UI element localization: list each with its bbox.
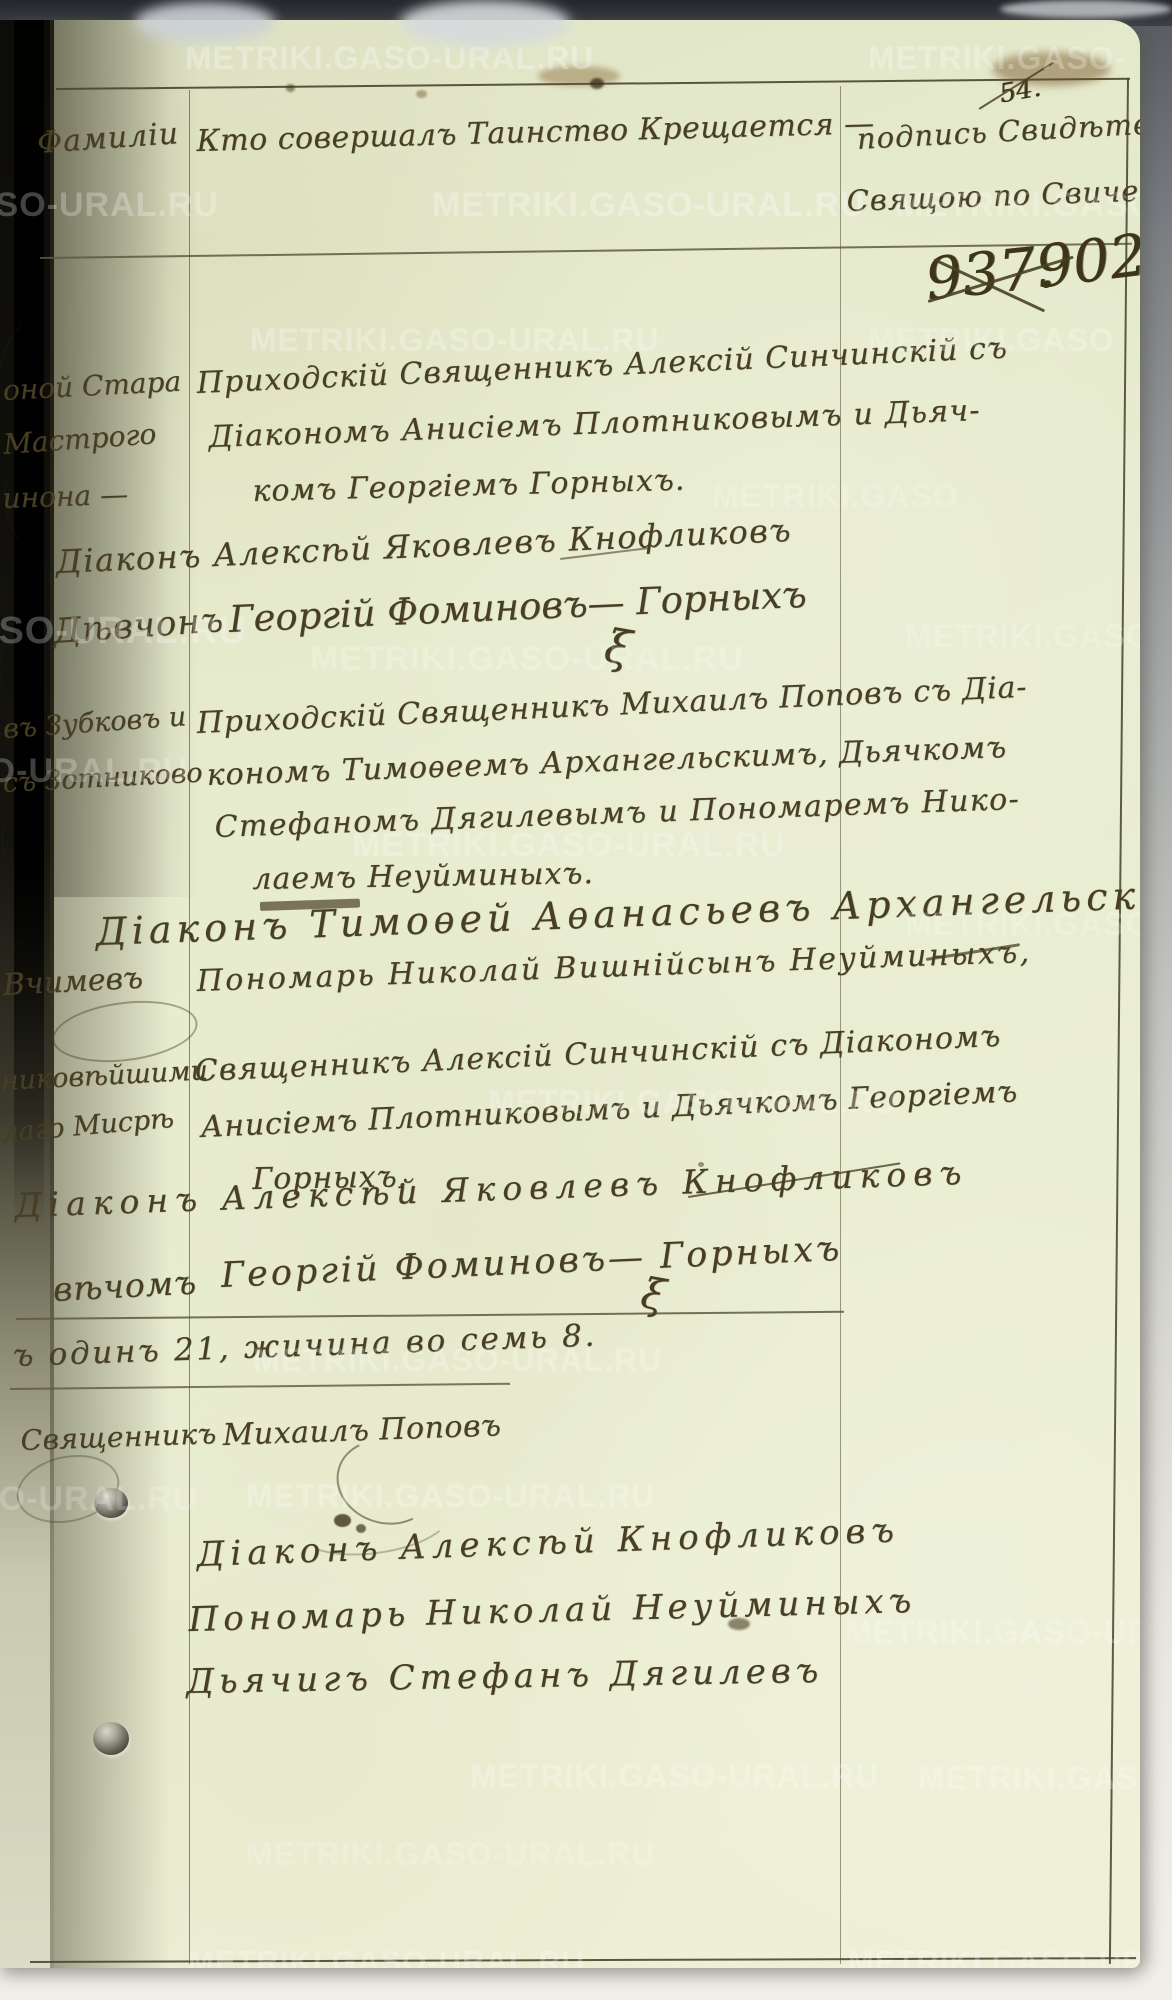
archive-watermark: METRIKI.GASO-URAL.RU — [253, 1342, 662, 1379]
archive-watermark: METRIKI.GASO-URAL.RU — [845, 1614, 1140, 1651]
archive-watermark: ASO-URAL.RU — [0, 186, 219, 225]
archive-watermark: METRIKI.GASO-URAL.RU — [250, 322, 659, 359]
archive-watermark: METRIKI.GASO-URAL.RU — [488, 1084, 897, 1121]
archive-watermark: METRIKI.GASO- — [905, 906, 1140, 943]
archive-watermark: METRIKI.GASO — [868, 322, 1115, 359]
glare-top-2 — [400, 0, 570, 46]
archive-watermark: SO-URAL.RU — [0, 1480, 198, 1519]
archive-watermark: METRIKI.GASO- — [868, 40, 1126, 77]
glare-top-right — [1000, 0, 1172, 18]
archive-watermark: METRIKI.GASO-URAL.RU — [848, 1944, 1140, 1968]
archive-watermark: METRIKI.GASO — [712, 478, 959, 515]
archive-watermark: ASO-URAL.RU — [0, 610, 247, 653]
page: Фамиліи Кто совершалъ Таинство Крещается… — [0, 20, 1140, 1968]
archive-watermark: METRIKI.GASO-URAL.RU — [246, 1478, 655, 1515]
archive-watermark: METRIKI.GAS — [918, 1760, 1139, 1797]
archive-watermark: METRIKI.GASO- — [905, 618, 1140, 655]
archive-watermark: METRIKI.GASO-URAL.RU — [310, 640, 744, 679]
archive-watermark: METRIKI.GASO-URAL.RU — [188, 1944, 585, 1968]
archive-watermark: METRIKI.GASO-URAL.RU — [470, 1758, 879, 1795]
watermark-layer: METRIKI.GASO-URAL.RUMETRIKI.GASO-ASO-URA… — [0, 20, 1140, 1968]
glare-top-1 — [135, 2, 275, 42]
archive-watermark: SO-URAL.RU — [0, 752, 188, 791]
archive-watermark: METRIKI.GASO- — [895, 186, 1140, 225]
scanned-metric-book-photo: Фамиліи Кто совершалъ Таинство Крещается… — [0, 0, 1172, 2000]
archive-watermark: METRIKI.GASO-URAL.RU — [185, 40, 594, 77]
archive-watermark: METRIKI.GASO-URAL.RU — [246, 1836, 655, 1873]
archive-watermark: METRIKI.GASO-URAL.RU — [352, 826, 786, 865]
archive-watermark: METRIKI.GASO-URAL.RU — [432, 186, 866, 225]
